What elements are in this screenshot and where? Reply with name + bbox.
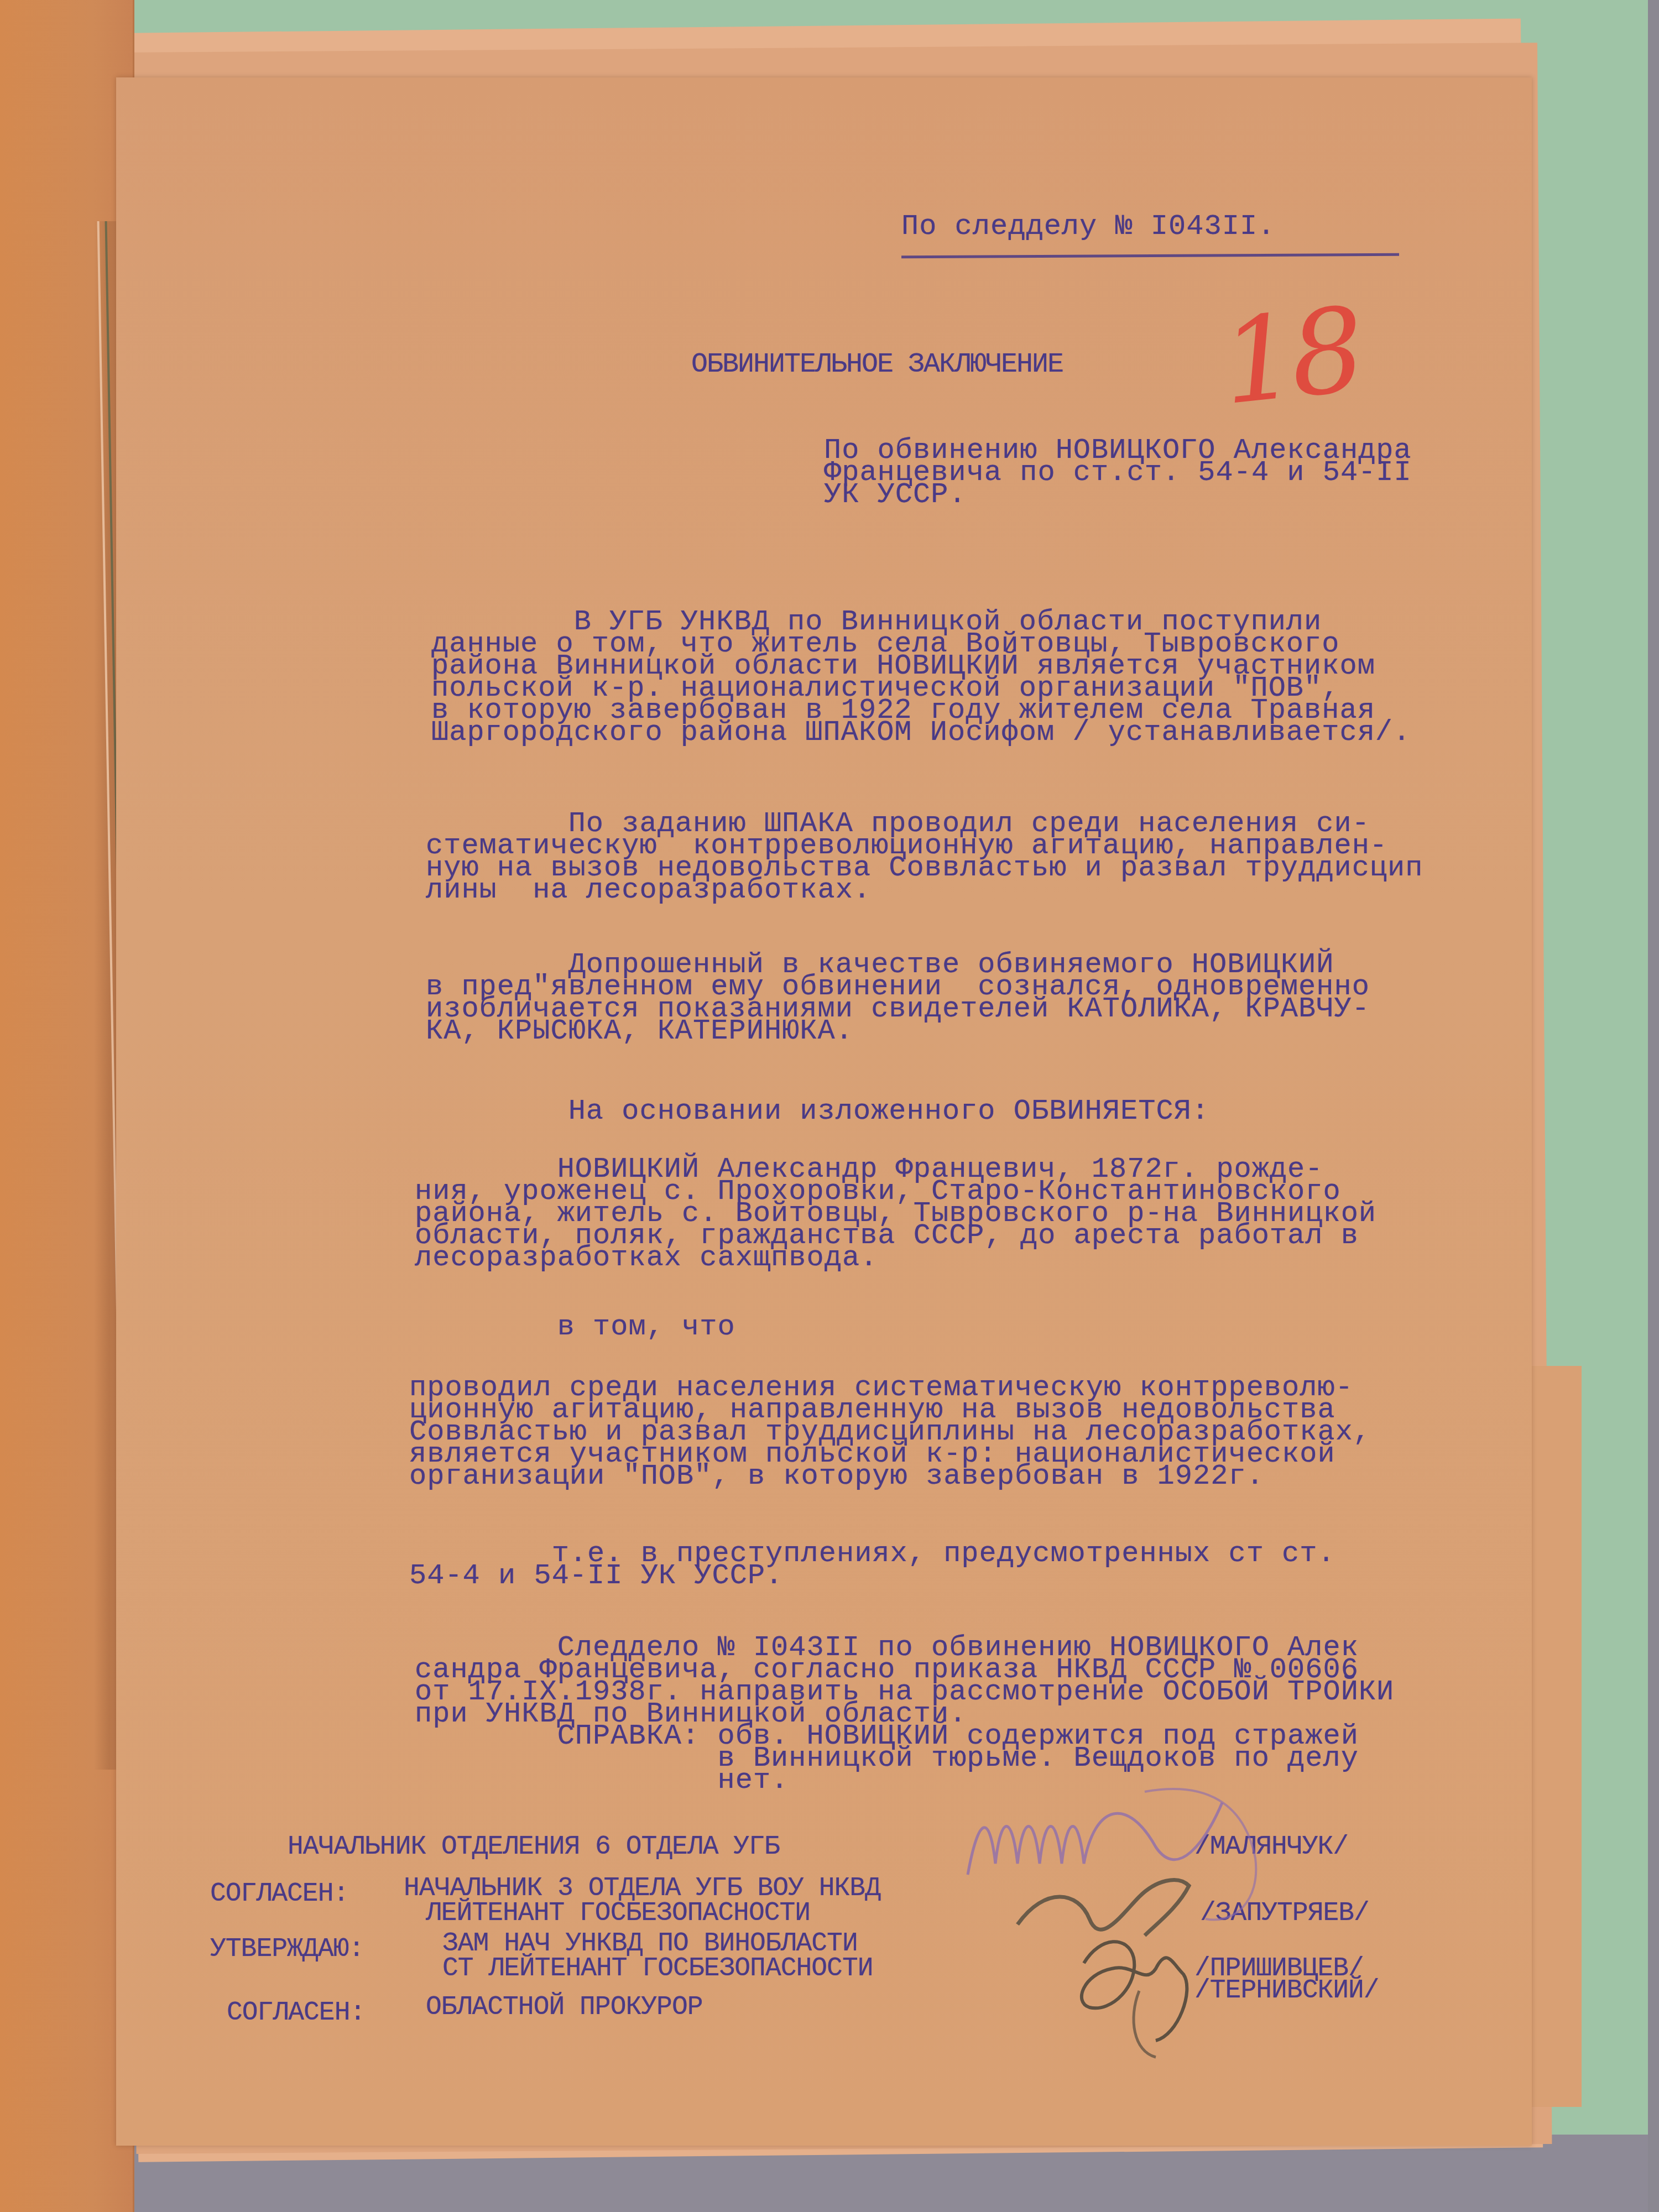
text-line: нет. bbox=[415, 1770, 1359, 1792]
handwritten-page-number: 18 bbox=[1217, 292, 1365, 422]
paragraph-intro: В УГБ УНКВД по Винницкой области поступи… bbox=[431, 611, 1411, 744]
signatory-1-name: /МАЛЯНЧУК/ bbox=[1194, 1836, 1348, 1858]
signatory-4-label: СОГЛАСЕН: bbox=[227, 2002, 365, 2024]
signatory-1-position: НАЧАЛЬНИК ОТДЕЛЕНИЯ 6 ОТДЕЛА УГБ bbox=[288, 1836, 780, 1858]
paragraph-task: По заданию ШПАКА проводил среди населени… bbox=[426, 813, 1423, 901]
text-line: Шаргородского района ШПАКОМ Иосифом / ус… bbox=[431, 722, 1411, 744]
signatory-3-rank: СТ ЛЕЙТЕНАНТ ГОСБЕЗОПАСНОСТИ bbox=[442, 1958, 873, 1980]
signatory-4-position: ОБЛАСТНОЙ ПРОКУРОР bbox=[426, 1996, 702, 2018]
text-line: организации "ПОВ", в которую завербован … bbox=[409, 1465, 1371, 1488]
signatory-2-rank: ЛЕЙТЕНАНТ ГОСБЕЗОПАСНОСТИ bbox=[426, 1902, 810, 1924]
table-surface bbox=[1648, 0, 1659, 2212]
spravka-note: СПРАВКА: обв. НОВИЦКИЙ содержится под ст… bbox=[415, 1725, 1359, 1792]
text-line: 54-4 и 54-II УК УССР. bbox=[409, 1565, 1335, 1587]
paragraph-charges: проводил среди населения систематическую… bbox=[409, 1377, 1371, 1488]
signatory-3-label: УТВЕРЖДАЮ: bbox=[210, 1938, 364, 1960]
document-title: ОБВИНИТЕЛЬНОЕ ЗАКЛЮЧЕНИЕ bbox=[691, 354, 1063, 376]
signatory-3-position: ЗАМ НАЧ УНКВД ПО ВИНОБЛАСТИ bbox=[442, 1933, 858, 1955]
signatory-2-position: НАЧАЛЬНИК 3 ОТДЕЛА УГБ ВОУ НКВД bbox=[404, 1877, 880, 1900]
left-facing-page bbox=[0, 0, 134, 2212]
paragraph-interrogation: Допрошенный в качестве обвиняемого НОВИЦ… bbox=[426, 954, 1370, 1042]
signatory-4-name: /ТЕРНИВСКИЙ/ bbox=[1194, 1980, 1379, 2002]
text-line: КА, КРЫСЮКА, КАТЕРИНЮКА. bbox=[426, 1020, 1370, 1042]
paragraph-in-that: в том, что bbox=[415, 1316, 735, 1338]
subject-block: По обвинению НОВИЦКОГО Александра Франце… bbox=[824, 440, 1412, 506]
paragraph-accused-details: НОВИЦКИЙ Александр Францевич, 1872г. рож… bbox=[415, 1159, 1376, 1269]
text-line: На основании изложенного ОБВИНЯЕТСЯ: bbox=[426, 1100, 1209, 1123]
text-line: лины на лесоразработках. bbox=[426, 879, 1423, 901]
case-reference: По следделу № I043II. bbox=[901, 216, 1275, 238]
case-reference-underline bbox=[901, 253, 1399, 259]
text-line: в том, что bbox=[415, 1316, 735, 1338]
subject-line: УК УССР. bbox=[824, 484, 1412, 506]
signatory-2-name: /ЗАПУТРЯЕВ/ bbox=[1200, 1902, 1369, 1924]
document-page: По следделу № I043II. 18 ОБВИНИТЕЛЬНОЕ З… bbox=[116, 77, 1532, 2146]
paragraph-referral: Следдело № I043II по обвинению НОВИЦКОГО… bbox=[415, 1637, 1394, 1725]
text-line: лесоразработках сахщпвода. bbox=[415, 1247, 1376, 1269]
signatory-2-label: СОГЛАСЕН: bbox=[210, 1883, 348, 1905]
paragraph-articles: т.е. в преступлениях, предусмотренных ст… bbox=[409, 1543, 1335, 1587]
paragraph-charged-heading: На основании изложенного ОБВИНЯЕТСЯ: bbox=[426, 1100, 1209, 1123]
handwritten-signatures bbox=[946, 1781, 1333, 2090]
